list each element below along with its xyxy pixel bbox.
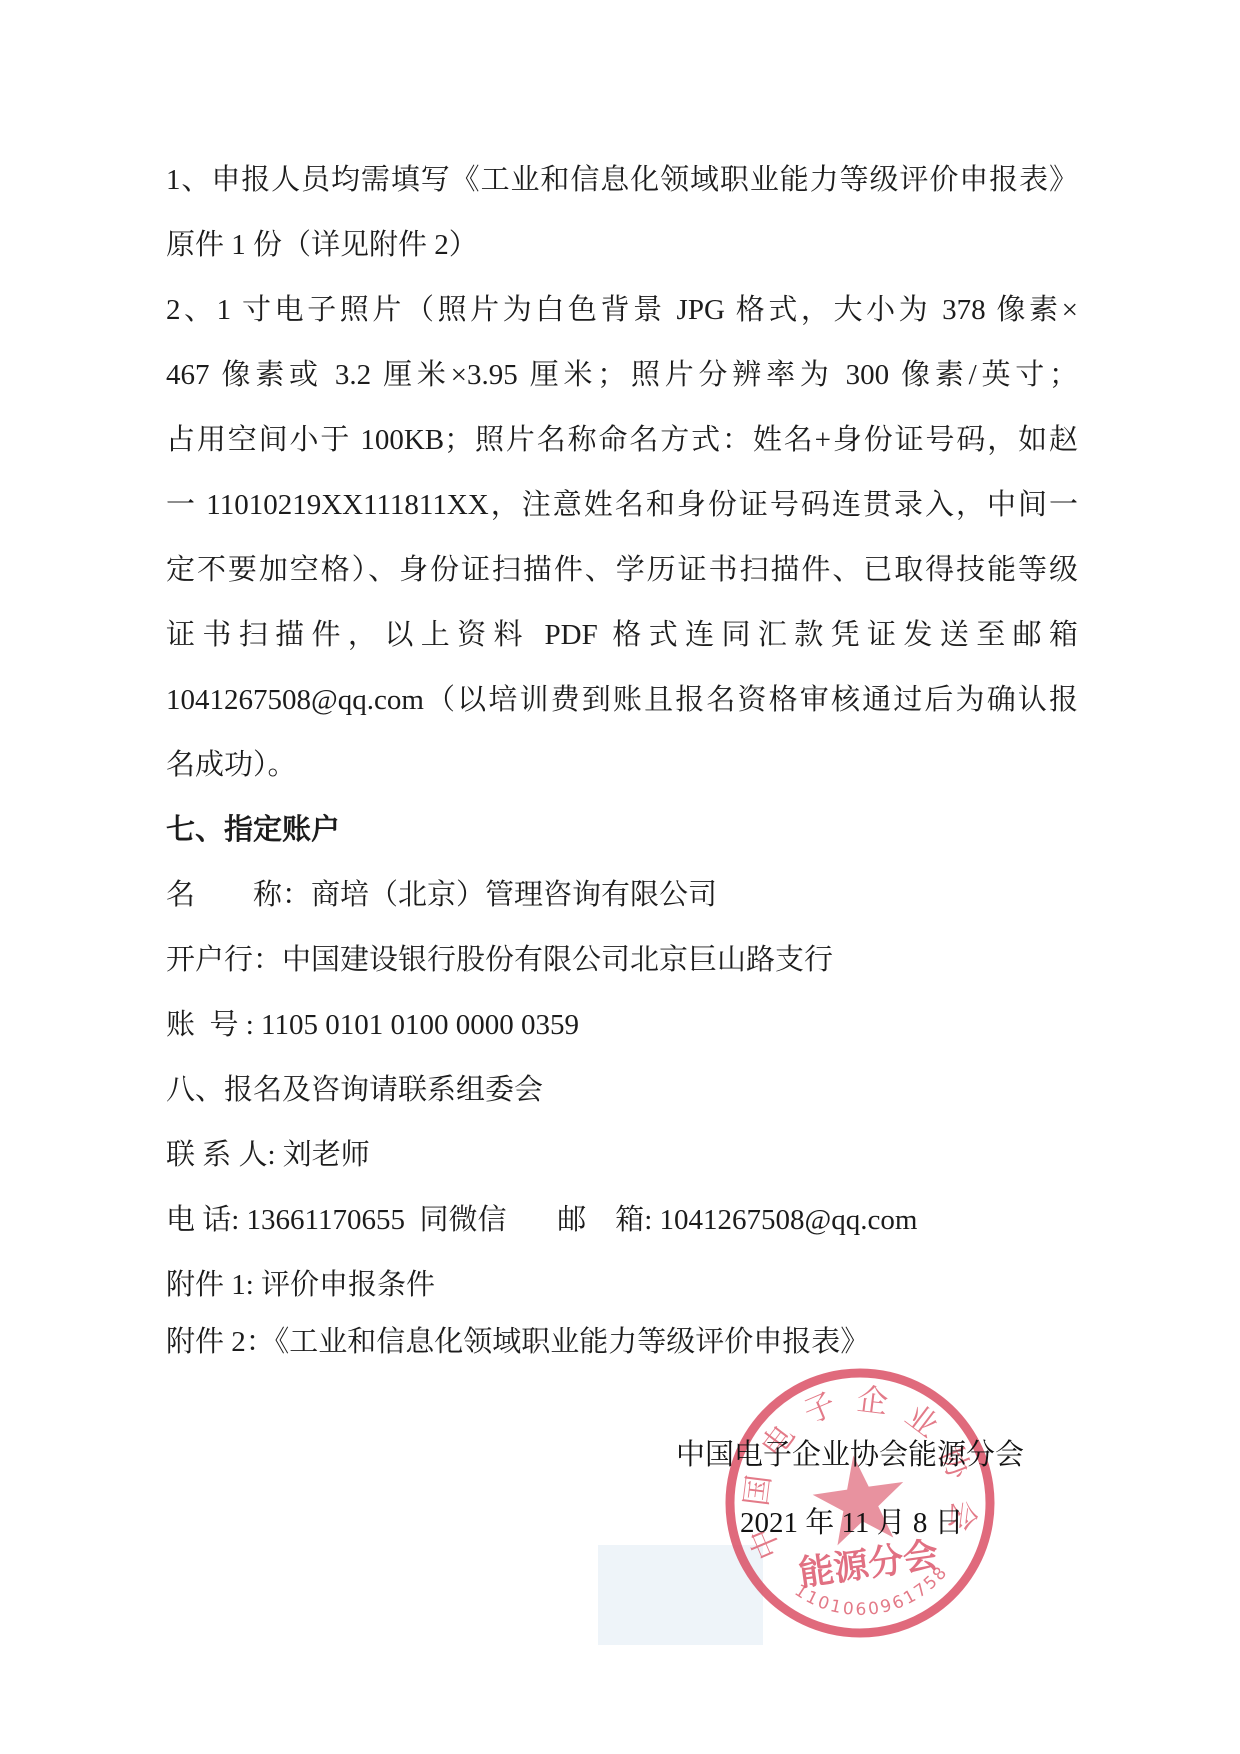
doc-line: 定不要加空格）、身份证扫描件、学历证书扫描件、已取得技能等级 [166, 538, 1078, 603]
signature-org: 中国电子企业协会能源分会 [676, 1432, 1024, 1473]
seal-ring-char: 企 [855, 1381, 890, 1420]
doc-line: 原件 1 份（详见附件 2） [166, 213, 1078, 278]
doc-line: 1、申报人员均需填写《工业和信息化领域职业能力等级评价申报表》 [166, 148, 1078, 213]
doc-line: 2、1 寸电子照片（照片为白色背景 JPG 格式，大小为 378 像素× [166, 278, 1078, 343]
doc-line: 占用空间小于 100KB；照片名称命名方式：姓名+身份证号码，如赵 [166, 408, 1078, 473]
contact-person-line: 联 系 人: 刘老师 [166, 1123, 1078, 1188]
doc-line: 467 像素或 3.2 厘米×3.95 厘米；照片分辨率为 300 像素/英寸； [166, 343, 1078, 408]
signature-date: 2021 年 11 月 8 日 [740, 1500, 964, 1541]
section-heading: 七、指定账户 [166, 798, 1078, 863]
document-page: 1、申报人员均需填写《工业和信息化领域职业能力等级评价申报表》 原件 1 份（详… [0, 0, 1240, 1754]
doc-line: 证书扫描件，以上资料 PDF 格式连同汇款凭证发送至邮箱 [166, 603, 1078, 668]
doc-text-block: 1、申报人员均需填写《工业和信息化领域职业能力等级评价申报表》 原件 1 份（详… [166, 148, 1078, 1375]
seal-ring-char: 子 [799, 1386, 841, 1430]
account-number-line: 账 号 : 1105 0101 0100 0000 0359 [166, 993, 1078, 1058]
bank-line: 开户行：中国建设银行股份有限公司北京巨山路支行 [166, 928, 1078, 993]
section-heading: 八、报名及咨询请联系组委会 [166, 1058, 1078, 1123]
doc-line: 名成功）。 [166, 733, 1078, 798]
phone-email-line: 电 话: 13661170655 同微信 邮 箱: 1041267508@qq.… [166, 1188, 1078, 1253]
attachment-1-line: 附件 1: 评价申报条件 [166, 1253, 1078, 1318]
doc-line: 一 11010219XX111811XX，注意姓名和身份证号码连贯录入，中间一 [166, 473, 1078, 538]
doc-line: 1041267508@qq.com（以培训费到账且报名资格审核通过后为确认报 [166, 668, 1078, 733]
account-name-line: 名 称：商培（北京）管理咨询有限公司 [166, 863, 1078, 928]
